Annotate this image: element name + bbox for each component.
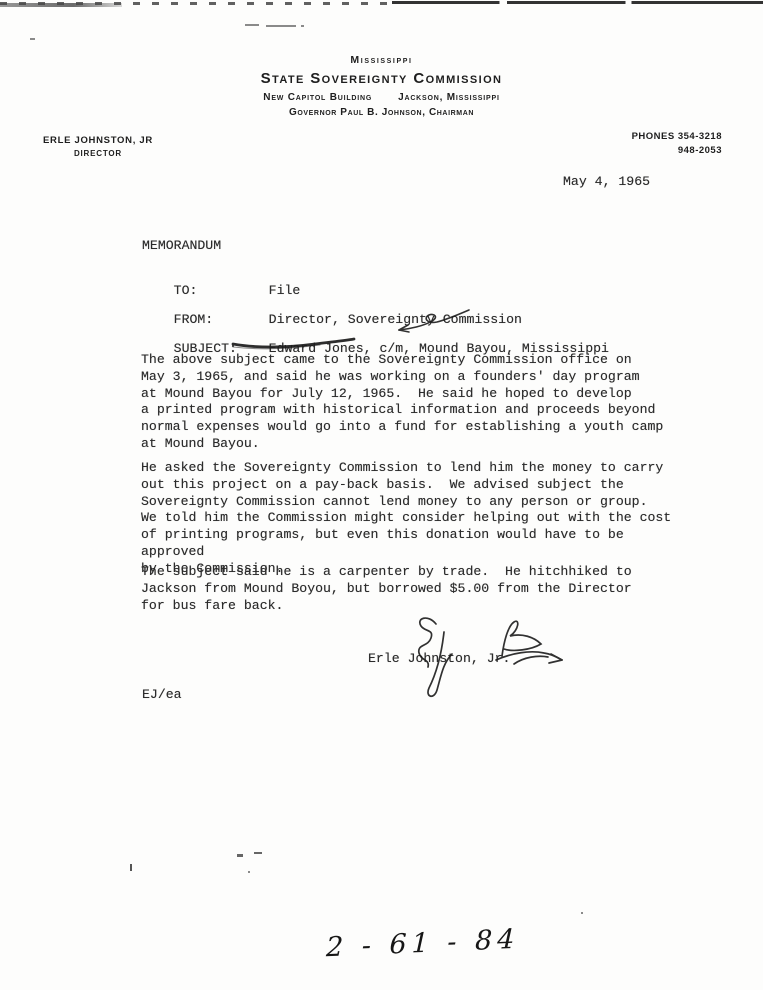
scan-edge-line bbox=[392, 1, 763, 4]
scan-speck bbox=[254, 852, 262, 854]
phones-block: PHONES 354-3218 948-2053 bbox=[632, 131, 722, 156]
scan-speck bbox=[301, 25, 304, 27]
scan-speck bbox=[130, 864, 132, 871]
scan-speck bbox=[30, 38, 35, 40]
scan-speck bbox=[266, 25, 296, 27]
typed-signature-name: Erle Johnston, Jr. bbox=[368, 651, 510, 668]
letterhead-address-line: New Capitol BuildingJackson, Mississippi bbox=[0, 92, 763, 103]
director-name: ERLE JOHNSTON, JR bbox=[43, 135, 153, 146]
scan-speck bbox=[581, 912, 583, 914]
memo-title: MEMORANDUM bbox=[142, 238, 221, 255]
director-block: ERLE JOHNSTON, JR DIRECTOR bbox=[43, 135, 153, 158]
scan-speck bbox=[237, 854, 243, 857]
paragraph-3: The subject said he is a carpenter by tr… bbox=[141, 564, 681, 614]
date-line: May 4, 1965 bbox=[563, 174, 650, 191]
scan-speck bbox=[248, 871, 250, 873]
letterhead-organization: State Sovereignty Commission bbox=[0, 70, 763, 87]
typist-initials: EJ/ea bbox=[142, 687, 182, 704]
paragraph-2: He asked the Sovereignty Commission to l… bbox=[141, 460, 681, 578]
phones-line-1: PHONES 354-3218 bbox=[632, 131, 722, 142]
letterhead-chairman: Governor Paul B. Johnson, Chairman bbox=[0, 107, 763, 118]
letterhead-city: Jackson, Mississippi bbox=[398, 92, 500, 103]
handwritten-file-number: 2 - 61 - 84 bbox=[326, 924, 520, 964]
director-title: DIRECTOR bbox=[43, 149, 153, 158]
letterhead: Mississippi State Sovereignty Commission… bbox=[0, 54, 763, 118]
paragraph-1: The above subject came to the Sovereignt… bbox=[141, 352, 681, 453]
scan-edge-blob bbox=[0, 3, 122, 7]
letterhead-state: Mississippi bbox=[0, 54, 763, 66]
phones-line-2: 948-2053 bbox=[632, 145, 722, 156]
scan-speck bbox=[245, 24, 259, 26]
scanned-memo-page: Mississippi State Sovereignty Commission… bbox=[0, 0, 763, 990]
letterhead-building: New Capitol Building bbox=[263, 92, 372, 103]
